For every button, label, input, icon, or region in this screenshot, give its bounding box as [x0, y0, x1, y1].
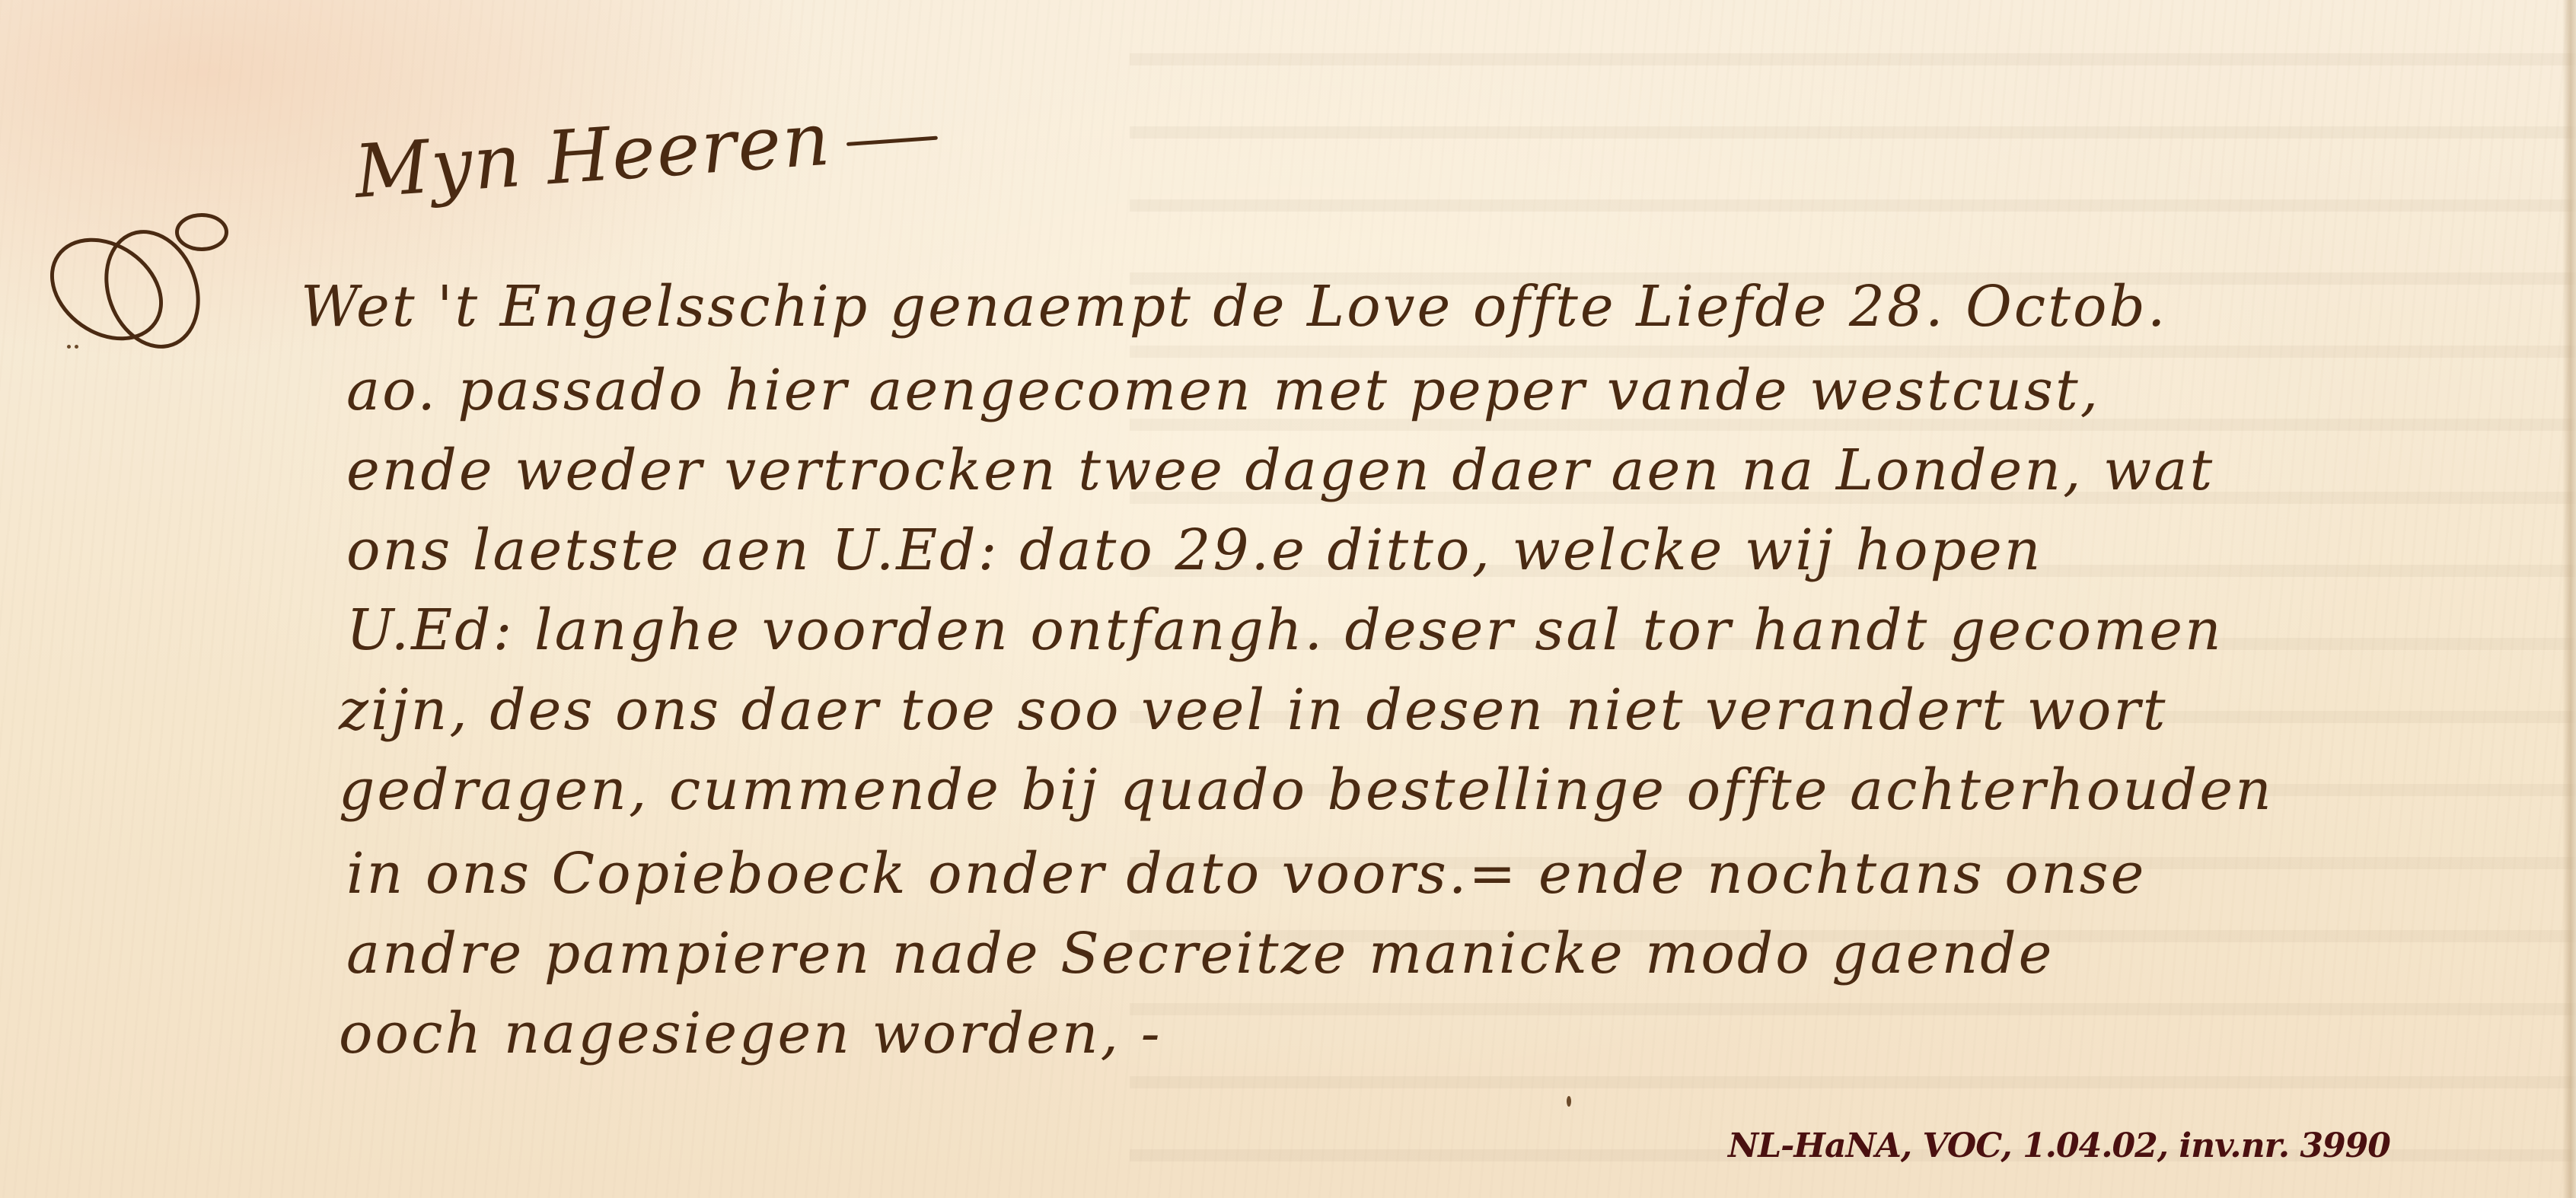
salutation-text: Myn Heeren: [352, 97, 834, 215]
manuscript-page: Myn Heeren Wet 't Engelsschip genaempt d…: [0, 0, 2576, 1198]
text-line: ooch nagesiegen worden, -: [339, 1001, 1162, 1066]
text-line: in ons Copieboeck onder dato voors.= end…: [346, 841, 2146, 906]
salutation: Myn Heeren: [352, 89, 940, 215]
ink-speck: [1567, 1096, 1571, 1107]
ink-speck: [75, 345, 78, 349]
text-line: U.Ed: langhe voorden ontfangh. deser sal…: [346, 597, 2224, 663]
text-line: ons laetste aen U.Ed: dato 29.e ditto, w…: [346, 518, 2042, 583]
text-line: zijn, des ons daer toe soo veel in desen…: [339, 677, 2168, 743]
text-line: gedragen, cummende bij quado bestellinge…: [339, 757, 2274, 823]
text-line: ao. passado hier aengecomen met peper va…: [346, 358, 2100, 423]
ink-speck: [67, 345, 71, 349]
flourish-dash: [846, 135, 938, 145]
decorated-initial: [30, 198, 266, 350]
text-line: andre pampieren nade Secreitze manicke m…: [346, 921, 2054, 986]
text-line: ende weder vertrocken twee dagen daer ae…: [346, 438, 2214, 503]
text-line: Wet 't Engelsschip genaempt de Love offt…: [301, 274, 2167, 339]
archive-reference-caption: NL-HaNA, VOC, 1.04.02, inv.nr. 3990: [1728, 1126, 2390, 1165]
page-edge: [2562, 0, 2576, 1198]
initial-loop-top: [175, 213, 228, 251]
